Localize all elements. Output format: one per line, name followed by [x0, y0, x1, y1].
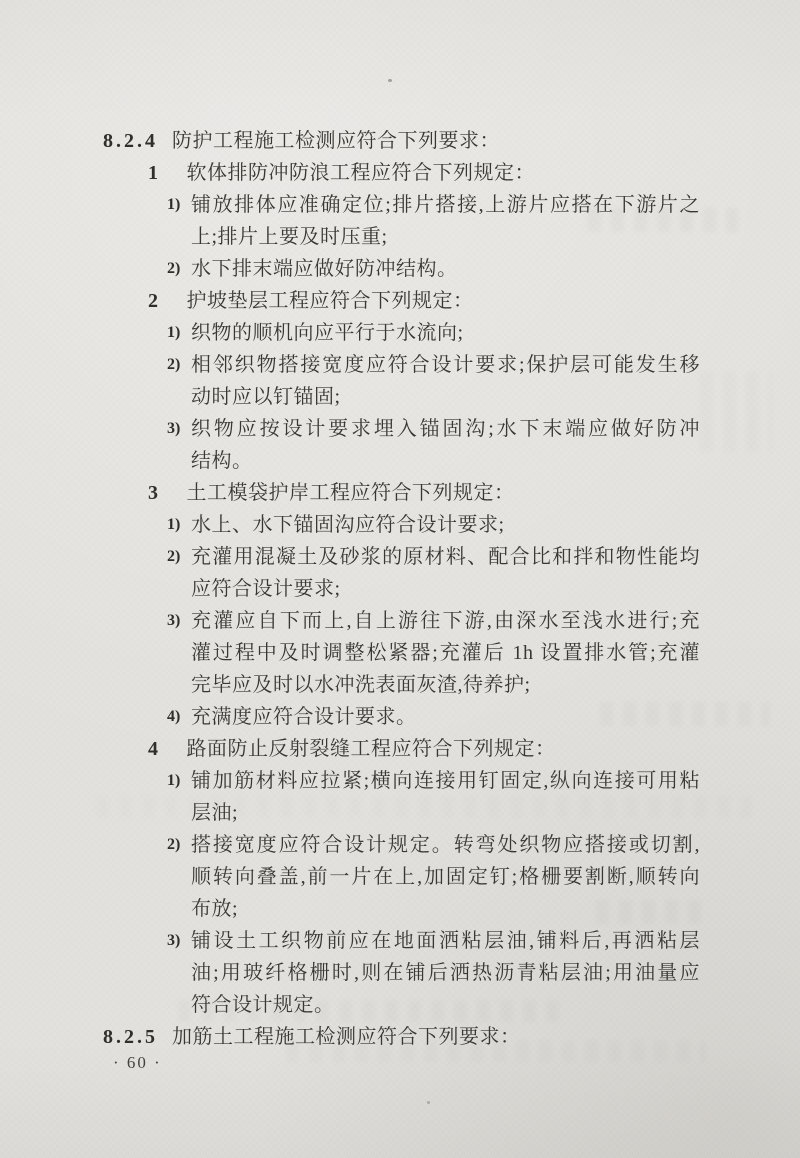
subitem-marker: 1) — [167, 509, 180, 541]
item-title: 路面防止反射裂缝工程应符合下列规定： — [187, 738, 556, 760]
item-title: 软体排防冲防浪工程应符合下列规定： — [187, 162, 536, 184]
section-heading: 8.2.4防护工程施工检测应符合下列要求： — [0, 125, 800, 157]
subitem-block: 3)充灌应自下而上,自上游往下游,由深水至浅水进行;充灌过程中及时调整松紧器;充… — [167, 605, 700, 701]
item-title: 土工模袋护岸工程应符合下列规定： — [187, 482, 515, 504]
text-line: 水下排末端应做好防冲结构。 — [191, 253, 700, 285]
subitem-marker: 3) — [167, 413, 180, 445]
subitem-marker: 4) — [167, 701, 180, 733]
item-title: 护坡垫层工程应符合下列规定： — [187, 290, 474, 312]
item-number: 2 — [148, 290, 159, 312]
text-line: 应符合设计要求; — [191, 573, 700, 605]
subitem-marker: 2) — [167, 349, 180, 381]
subitem-block: 2)搭接宽度应符合设计规定。转弯处织物应搭接或切割,顺转向叠盖,前一片在上,加固… — [167, 829, 700, 925]
subitem-marker: 2) — [167, 829, 180, 861]
text-line: 布放; — [191, 893, 700, 925]
text-line: 结构。 — [191, 445, 700, 477]
text-line: 灌过程中及时调整松紧器;充灌后 1h 设置排水管;充灌 — [191, 637, 700, 669]
subitem-block: 1)铺加筋材料应拉紧;横向连接用钉固定,纵向连接可用粘层油; — [167, 765, 700, 829]
item-heading: 4路面防止反射裂缝工程应符合下列规定： — [0, 733, 800, 765]
scanned-document-page: 8.2.4防护工程施工检测应符合下列要求：1软体排防冲防浪工程应符合下列规定：1… — [0, 0, 800, 1158]
text-line: 动时应以钉锚固; — [191, 381, 700, 413]
text-line: 铺放排体应准确定位;排片搭接,上游片应搭在下游片之 — [191, 189, 700, 221]
text-line: 充灌用混凝土及砂浆的原材料、配合比和拌和物性能均 — [191, 541, 700, 573]
item-heading: 1软体排防冲防浪工程应符合下列规定： — [0, 157, 800, 189]
document-content: 8.2.4防护工程施工检测应符合下列要求：1软体排防冲防浪工程应符合下列规定：1… — [0, 125, 800, 1053]
text-line: 织物应按设计要求埋入锚固沟;水下末端应做好防冲 — [191, 413, 700, 445]
subitem-marker: 1) — [167, 317, 180, 349]
text-line: 充满度应符合设计要求。 — [191, 701, 700, 733]
subitem-marker: 1) — [167, 189, 180, 221]
subitem-marker: 2) — [167, 541, 180, 573]
item-number: 1 — [148, 162, 159, 184]
item-number: 4 — [148, 738, 159, 760]
item-number: 3 — [148, 482, 159, 504]
scan-speck — [388, 79, 392, 82]
section-number: 8.2.4 — [103, 130, 158, 152]
text-line: 水上、水下锚固沟应符合设计要求; — [191, 509, 700, 541]
subitem-marker: 3) — [167, 605, 180, 637]
subitem-block: 1)铺放排体应准确定位;排片搭接,上游片应搭在下游片之上;排片上要及时压重; — [167, 189, 700, 253]
text-line: 相邻织物搭接宽度应符合设计要求;保护层可能发生移 — [191, 349, 700, 381]
section-title: 加筋土工程施工检测应符合下列要求： — [172, 1026, 521, 1048]
subitem-block: 3)铺设土工织物前应在地面洒粘层油,铺料后,再洒粘层油;用玻纤格栅时,则在铺后洒… — [167, 925, 700, 1021]
subitem-block: 4)充满度应符合设计要求。 — [167, 701, 700, 733]
item-heading: 3土工模袋护岸工程应符合下列规定： — [0, 477, 800, 509]
subitem-marker: 2) — [167, 253, 180, 285]
subitem-block: 2)充灌用混凝土及砂浆的原材料、配合比和拌和物性能均应符合设计要求; — [167, 541, 700, 605]
subitem-block: 1)水上、水下锚固沟应符合设计要求; — [167, 509, 700, 541]
text-line: 充灌应自下而上,自上游往下游,由深水至浅水进行;充 — [191, 605, 700, 637]
section-number: 8.2.5 — [103, 1026, 158, 1048]
scan-speck — [427, 1101, 430, 1104]
subitem-marker: 3) — [167, 925, 180, 957]
text-line: 层油; — [191, 797, 700, 829]
text-line: 铺设土工织物前应在地面洒粘层油,铺料后,再洒粘层 — [191, 925, 700, 957]
subitem-block: 2)相邻织物搭接宽度应符合设计要求;保护层可能发生移动时应以钉锚固; — [167, 349, 700, 413]
item-heading: 2护坡垫层工程应符合下列规定： — [0, 285, 800, 317]
text-line: 符合设计规定。 — [191, 989, 700, 1021]
text-line: 完毕应及时以水冲洗表面灰渣,待养护; — [191, 669, 700, 701]
text-line: 铺加筋材料应拉紧;横向连接用钉固定,纵向连接可用粘 — [191, 765, 700, 797]
section-title: 防护工程施工检测应符合下列要求： — [172, 130, 500, 152]
page-number: · 60 · — [113, 1049, 162, 1077]
text-line: 顺转向叠盖,前一片在上,加固定钉;格栅要割断,顺转向 — [191, 861, 700, 893]
subitem-block: 3)织物应按设计要求埋入锚固沟;水下末端应做好防冲结构。 — [167, 413, 700, 477]
subitem-marker: 1) — [167, 765, 180, 797]
text-line: 上;排片上要及时压重; — [191, 221, 700, 253]
text-line: 织物的顺机向应平行于水流向; — [191, 317, 700, 349]
subitem-block: 1)织物的顺机向应平行于水流向; — [167, 317, 700, 349]
text-line: 搭接宽度应符合设计规定。转弯处织物应搭接或切割, — [191, 829, 700, 861]
text-line: 油;用玻纤格栅时,则在铺后洒热沥青粘层油;用油量应 — [191, 957, 700, 989]
subitem-block: 2)水下排末端应做好防冲结构。 — [167, 253, 700, 285]
